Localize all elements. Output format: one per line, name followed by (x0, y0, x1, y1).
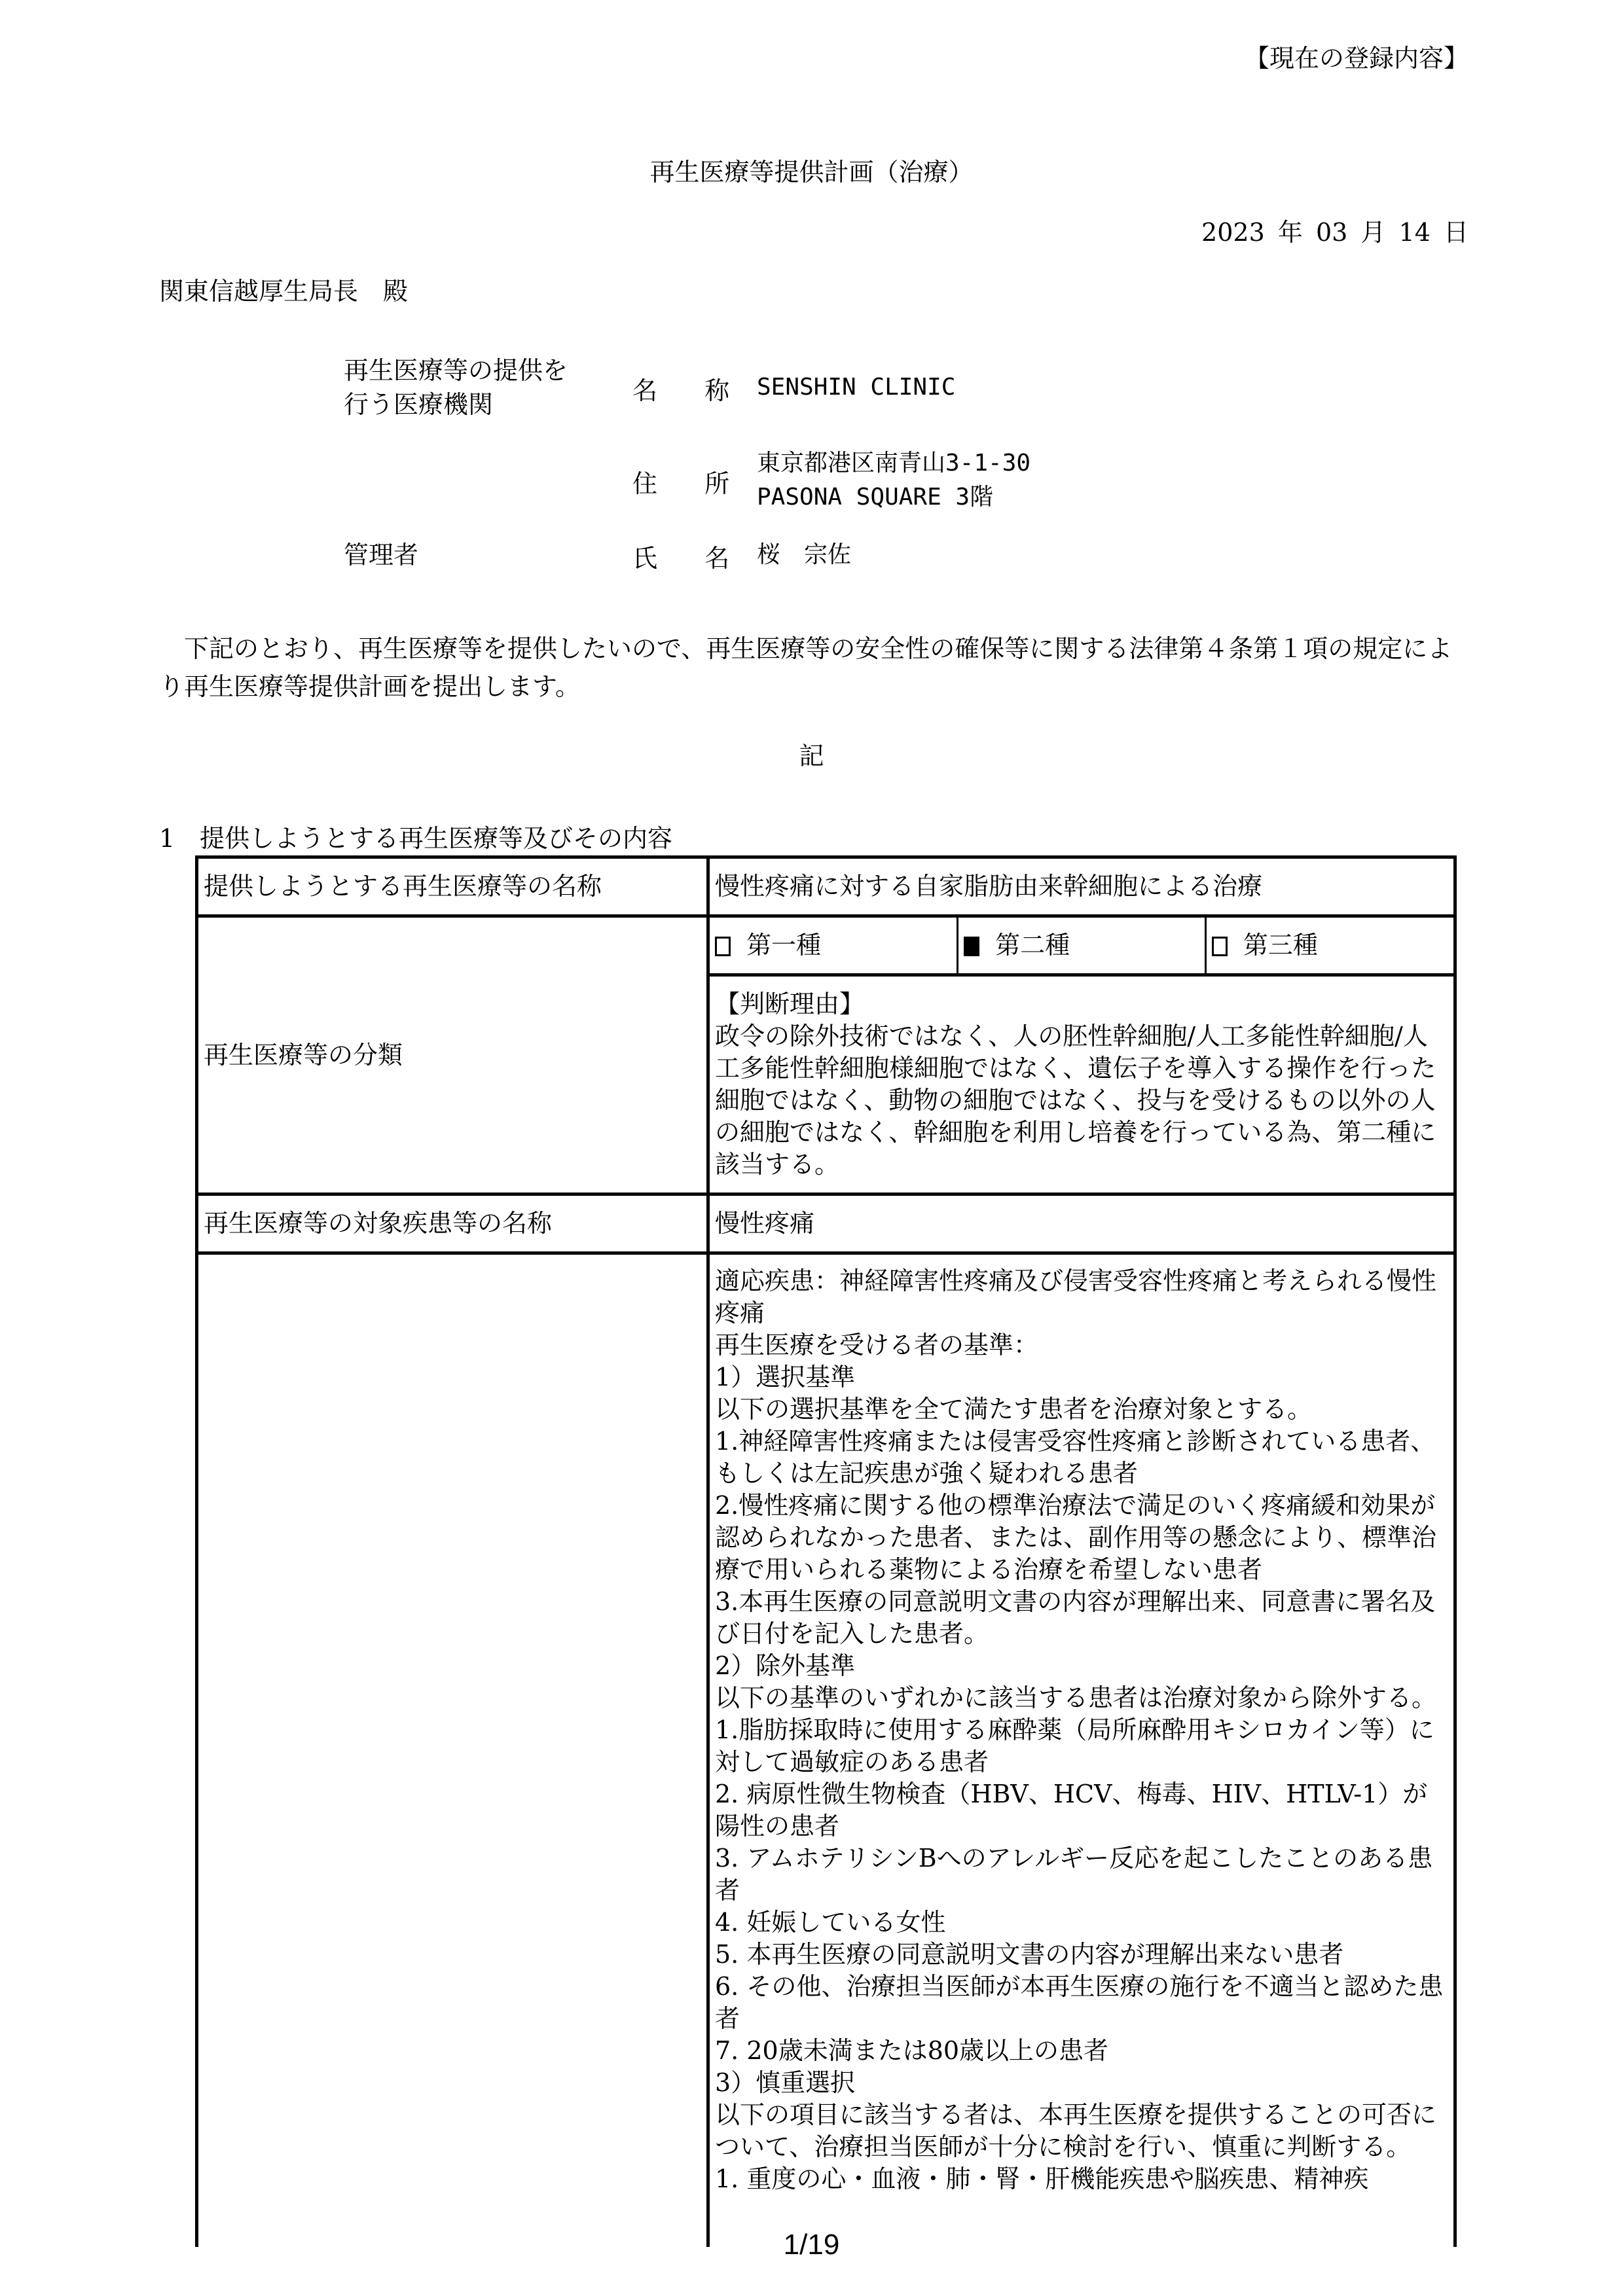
plan-content-table: 提供しようとする再生医療等の名称 慢性疼痛に対する自家脂肪由来幹細胞による治療 … (195, 855, 1457, 2247)
manager-name: 桜 宗佐 (757, 538, 851, 572)
criteria-line: 再生医療を受ける者の基準： (715, 1329, 1448, 1361)
date-year: 2023 (1201, 218, 1265, 247)
criteria-line: 4. 妊娠している女性 (715, 1907, 1448, 1939)
address-line1: 東京都港区南青山3-1-30 (757, 446, 1030, 480)
date-month-unit: 月 (1360, 218, 1385, 247)
criteria-line: 以下の基準のいずれかに該当する患者は治療対象から除外する。 (715, 1682, 1448, 1714)
institution-label: 再生医療等の提供を 行う医療機関 (344, 353, 568, 422)
table-row-criteria: 適応疾患：神経障害性疼痛及び侵害受容性疼痛と考えられる慢性疼痛 再生医療を受ける… (197, 1253, 1455, 2248)
row-label: 再生医療等の分類 (197, 916, 708, 1194)
document-title: 再生医療等提供計画（治療） (0, 152, 1623, 188)
row-label: 再生医療等の対象疾患等の名称 (197, 1194, 708, 1253)
date-day-unit: 日 (1444, 218, 1468, 247)
date-year-unit: 年 (1278, 218, 1303, 247)
criteria-line: 2. 病原性微生物検査（HBV、HCV、梅毒、HIV、HTLV-1）が陽性の患者 (715, 1778, 1448, 1842)
criteria-line: 5. 本再生医療の同意説明文書の内容が理解出来ない患者 (715, 1939, 1448, 1971)
classification-options: 第一種 第二種 第三種 (710, 918, 1453, 973)
criteria-line: 3.本再生医療の同意説明文書の内容が理解出来、同意書に署名及び日付を記入した患者… (715, 1586, 1448, 1650)
table-row-classification: 再生医療等の分類 第一種 第二種 第三種 【判断理由】 政令の除外技術ではなく、… (197, 916, 1455, 1194)
section-title: 提供しようとする再生医療等及びその内容 (200, 824, 672, 853)
criteria-line: 以下の項目に該当する者は、本再生医療を提供することの可否について、治療担当医師が… (715, 2099, 1448, 2163)
date-day: 14 (1399, 218, 1431, 247)
option-label: 第一種 (746, 931, 821, 960)
checkbox-filled-icon[interactable] (964, 937, 979, 956)
submission-date: 2023 年 03 月 14 日 (1201, 212, 1468, 248)
checkbox-empty-icon[interactable] (715, 937, 731, 956)
classification-cell: 第一種 第二種 第三種 【判断理由】 政令の除外技術ではなく、人の胚性幹細胞/人… (708, 916, 1455, 1194)
row-label: 提供しようとする再生医療等の名称 (197, 857, 708, 916)
section-number: 1 (159, 824, 200, 853)
reason-text: 政令の除外技術ではなく、人の胚性幹細胞/人工多能性幹細胞/人工多能性幹細胞様細胞… (715, 1020, 1448, 1181)
criteria-line: 1）選択基準 (715, 1361, 1448, 1393)
option-label: 第二種 (995, 931, 1070, 960)
criteria-line: 6. その他、治療担当医師が本再生医療の施行を不適当と認めた患者 (715, 1971, 1448, 2035)
option-label: 第三種 (1243, 931, 1318, 960)
option-class-2[interactable]: 第二種 (958, 918, 1206, 973)
criteria-line: 7. 20歳未満または80歳以上の患者 (715, 2035, 1448, 2067)
checkbox-empty-icon[interactable] (1212, 937, 1228, 956)
table-row-target-disease: 再生医療等の対象疾患等の名称 慢性疼痛 (197, 1194, 1455, 1253)
table-row-name: 提供しようとする再生医療等の名称 慢性疼痛に対する自家脂肪由来幹細胞による治療 (197, 857, 1455, 916)
reason-title: 【判断理由】 (715, 988, 1448, 1020)
addressee: 関東信越厚生局長 殿 (159, 271, 408, 307)
section-1-heading: 1提供しようとする再生医療等及びその内容 (159, 818, 672, 854)
page-number: 1/19 (0, 2229, 1623, 2261)
criteria-line: 1. 重度の心・血液・肺・腎・肝機能疾患や脳疾患、精神疾 (715, 2163, 1448, 2195)
classification-reason: 【判断理由】 政令の除外技術ではなく、人の胚性幹細胞/人工多能性幹細胞/人工多能… (710, 973, 1453, 1193)
institution-name: SENSHIN CLINIC (757, 370, 955, 404)
manager-label: 管理者 (344, 538, 418, 572)
date-month: 03 (1316, 218, 1347, 247)
criteria-line: 2）除外基準 (715, 1650, 1448, 1682)
institution-label-line2: 行う医療機関 (344, 387, 568, 422)
address-line2: PASONA SQUARE 3階 (757, 480, 1030, 514)
address-key: 住 所 (632, 463, 749, 499)
criteria-line: 2.慢性疼痛に関する他の標準治療法で満足のいく疼痛緩和効果が認められなかった患者… (715, 1490, 1448, 1586)
ki-heading: 記 (0, 736, 1623, 772)
criteria-line: 3. アムホテリシンBへのアレルギー反応を起こしたことのある患者 (715, 1842, 1448, 1907)
target-disease: 慢性疼痛 (708, 1194, 1455, 1253)
option-class-1[interactable]: 第一種 (710, 918, 958, 973)
intro-paragraph: 下記のとおり、再生医療等を提供したいので、再生医療等の安全性の確保等に関する法律… (159, 630, 1462, 706)
name-key: 名 称 (632, 370, 749, 406)
institution-label-line1: 再生医療等の提供を (344, 353, 568, 387)
row-label-empty (197, 1253, 708, 2248)
criteria-line: 1.神経障害性疼痛または侵害受容性疼痛と診断されている患者、もしくは左記疾患が強… (715, 1426, 1448, 1490)
criteria-line: 以下の選択基準を全て満たす患者を治療対象とする。 (715, 1393, 1448, 1426)
criteria-text: 適応疾患：神経障害性疼痛及び侵害受容性疼痛と考えられる慢性疼痛 再生医療を受ける… (708, 1253, 1455, 2248)
manager-key: 氏 名 (632, 538, 749, 574)
criteria-line: 3）慎重選択 (715, 2067, 1448, 2099)
criteria-line: 適応疾患：神経障害性疼痛及び侵害受容性疼痛と考えられる慢性疼痛 (715, 1265, 1448, 1329)
institution-address: 東京都港区南青山3-1-30 PASONA SQUARE 3階 (757, 446, 1030, 514)
status-label: 【現在の登録内容】 (1245, 38, 1468, 74)
option-class-3[interactable]: 第三種 (1205, 918, 1453, 973)
criteria-line: 1.脂肪採取時に使用する麻酔薬（局所麻酔用キシロカイン等）に対して過敏症のある患… (715, 1714, 1448, 1778)
therapy-name: 慢性疼痛に対する自家脂肪由来幹細胞による治療 (708, 857, 1455, 916)
